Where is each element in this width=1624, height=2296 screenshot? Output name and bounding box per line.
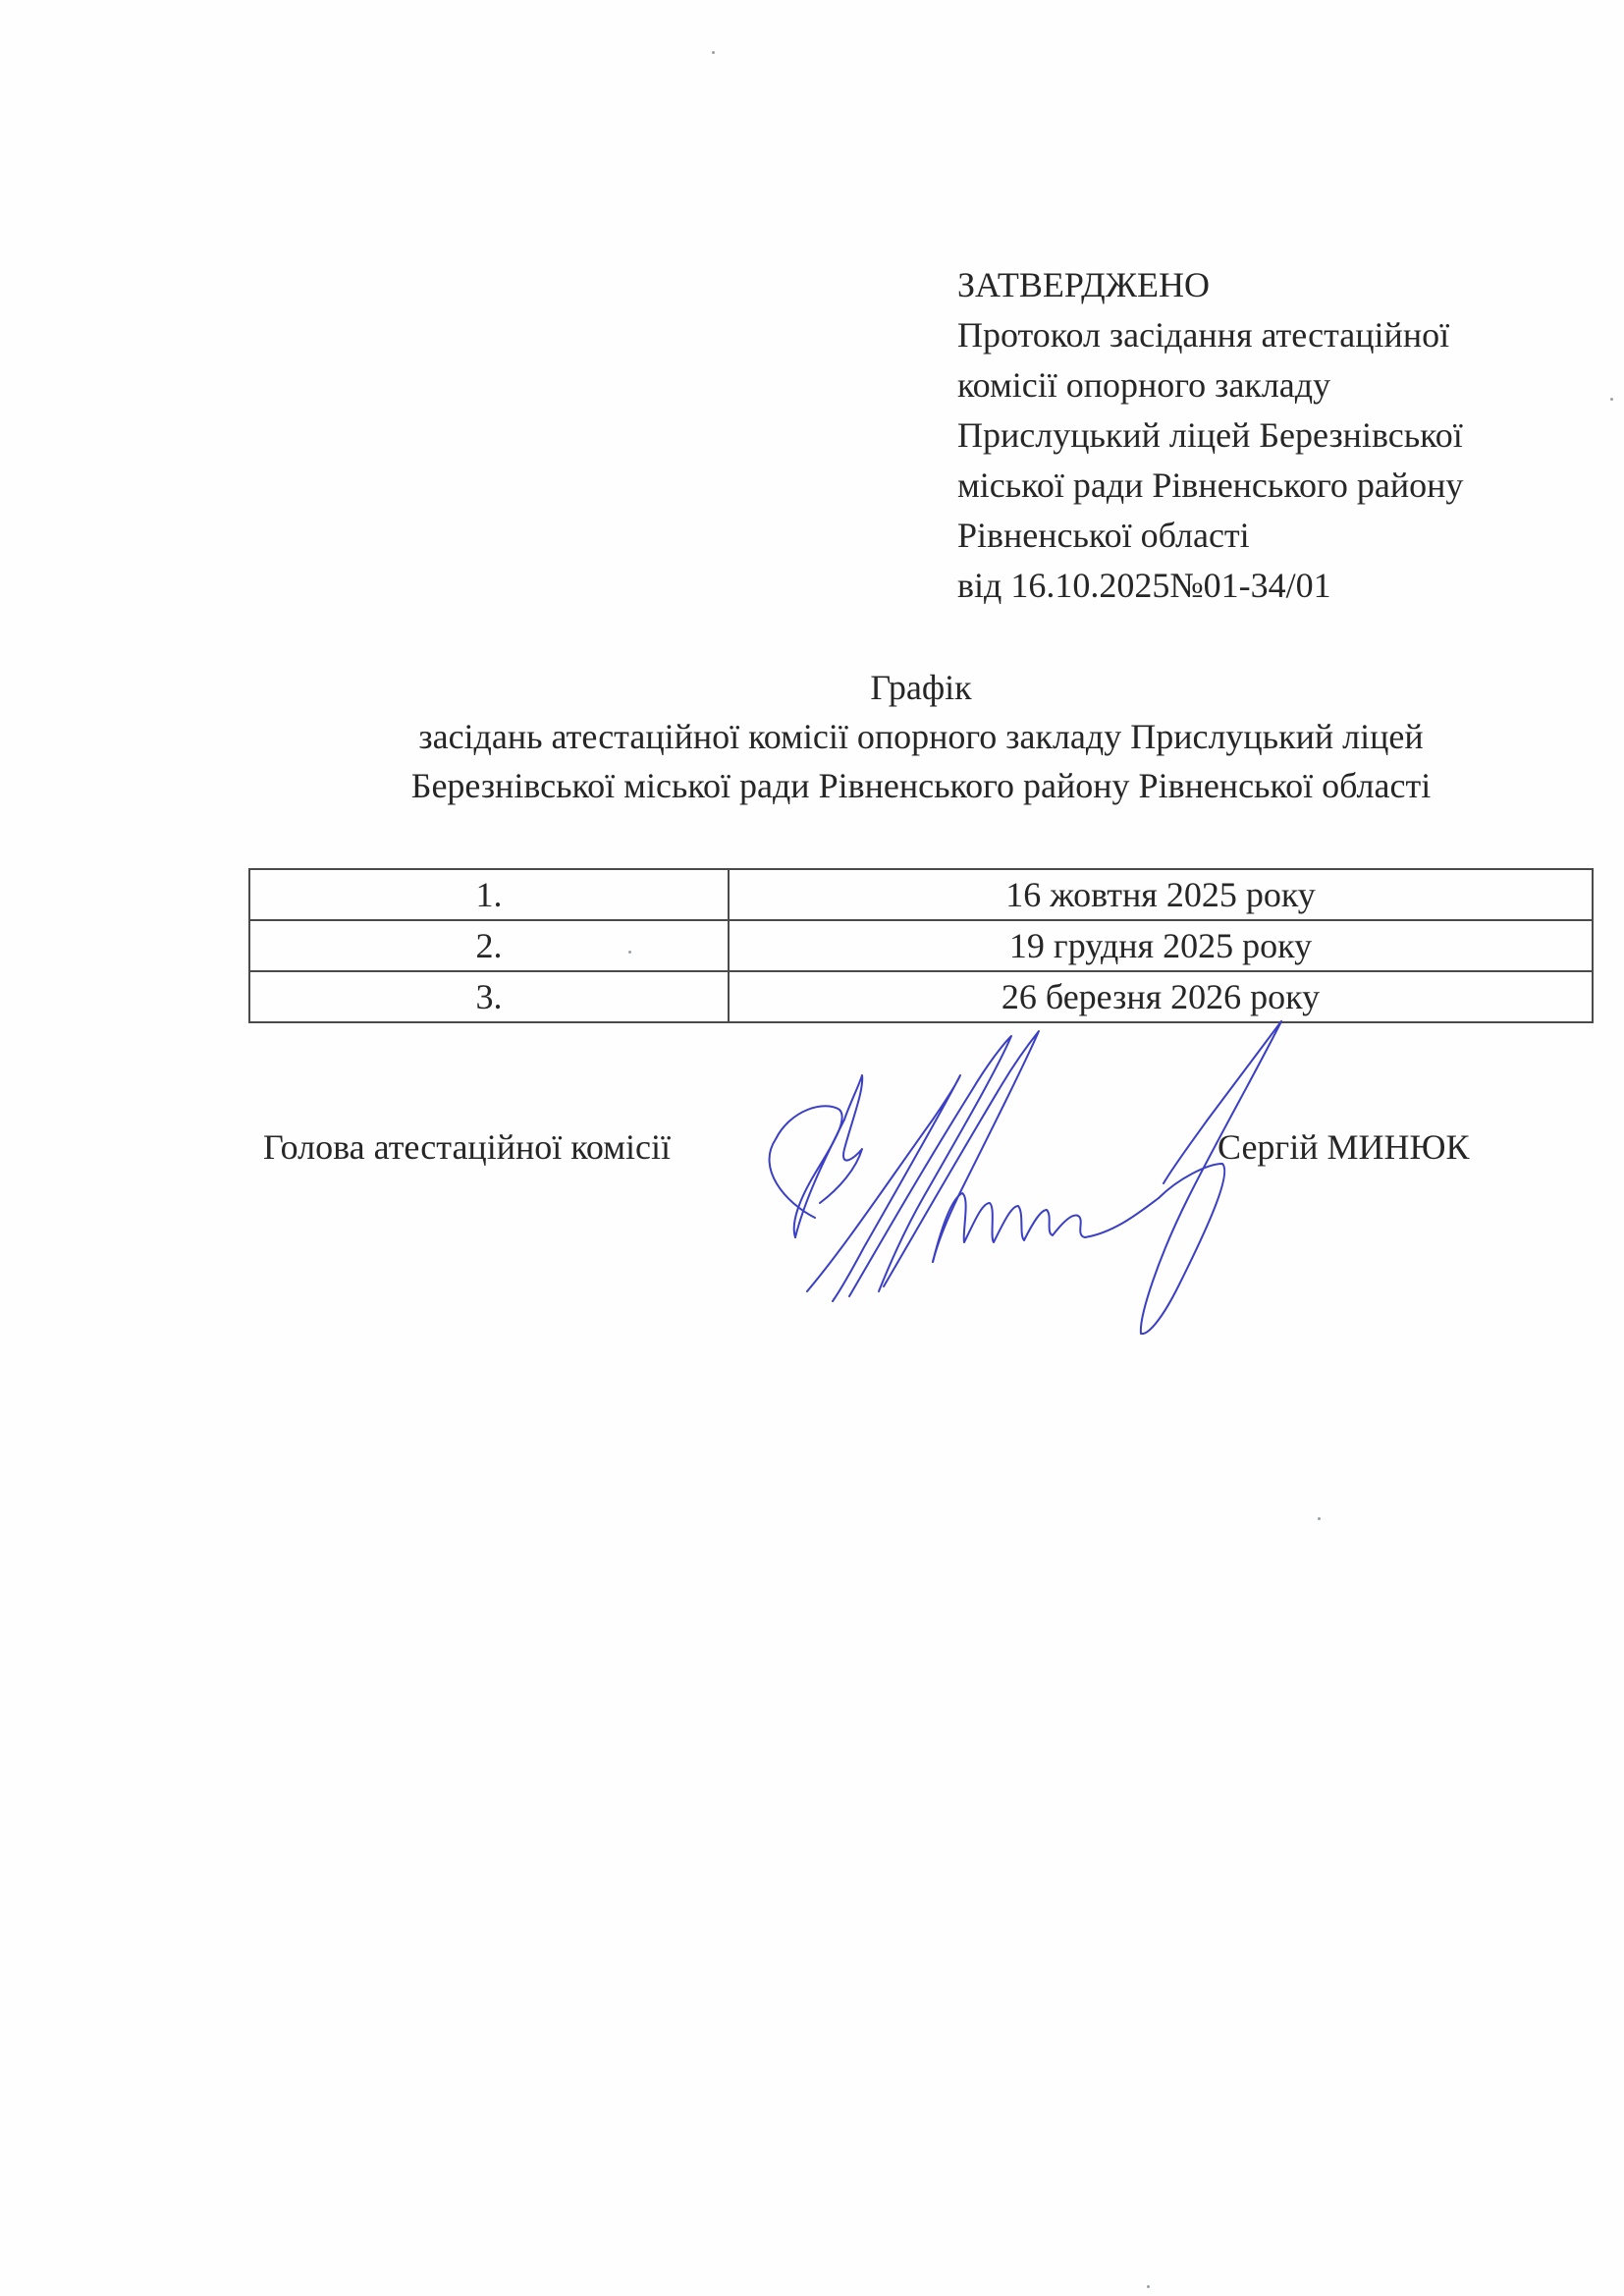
scan-speck [1610, 398, 1613, 401]
approval-line: Рівненської області [957, 511, 1463, 561]
handwritten-signature-icon [746, 1002, 1296, 1336]
row-number-cell: 1. [249, 869, 729, 920]
scan-speck [628, 951, 631, 954]
scan-speck [1318, 1517, 1321, 1520]
document-subtitle-line: засідань атестаційної комісії опорного з… [248, 712, 1594, 761]
table-row: 2. 19 грудня 2025 року [249, 920, 1593, 971]
row-number-cell: 3. [249, 971, 729, 1022]
document-title: Графік [248, 663, 1594, 712]
row-number-cell: 2. [249, 920, 729, 971]
signatory-role: Голова атестаційної комісії [263, 1122, 671, 1173]
schedule-table: 1. 16 жовтня 2025 року 2. 19 грудня 2025… [248, 868, 1594, 1023]
scan-speck [1147, 2285, 1150, 2288]
approval-protocol-number: від 16.10.2025№01-34/01 [957, 561, 1463, 611]
scan-speck [712, 51, 715, 54]
approval-line: міської ради Рівненського району [957, 461, 1463, 511]
approval-heading: ЗАТВЕРДЖЕНО [957, 260, 1463, 310]
approval-line: Протокол засідання атестаційної [957, 310, 1463, 360]
meeting-date-cell: 16 жовтня 2025 року [729, 869, 1593, 920]
document-title-block: Графік засідань атестаційної комісії опо… [248, 663, 1594, 810]
document-page: ЗАТВЕРДЖЕНО Протокол засідання атестацій… [0, 0, 1624, 2296]
approval-line: Прислуцький ліцей Березнівської [957, 410, 1463, 461]
approval-stamp-block: ЗАТВЕРДЖЕНО Протокол засідання атестацій… [957, 260, 1463, 611]
meeting-date-cell: 19 грудня 2025 року [729, 920, 1593, 971]
table-row: 1. 16 жовтня 2025 року [249, 869, 1593, 920]
document-subtitle-line: Березнівської міської ради Рівненського … [248, 761, 1594, 810]
approval-line: комісії опорного закладу [957, 360, 1463, 410]
